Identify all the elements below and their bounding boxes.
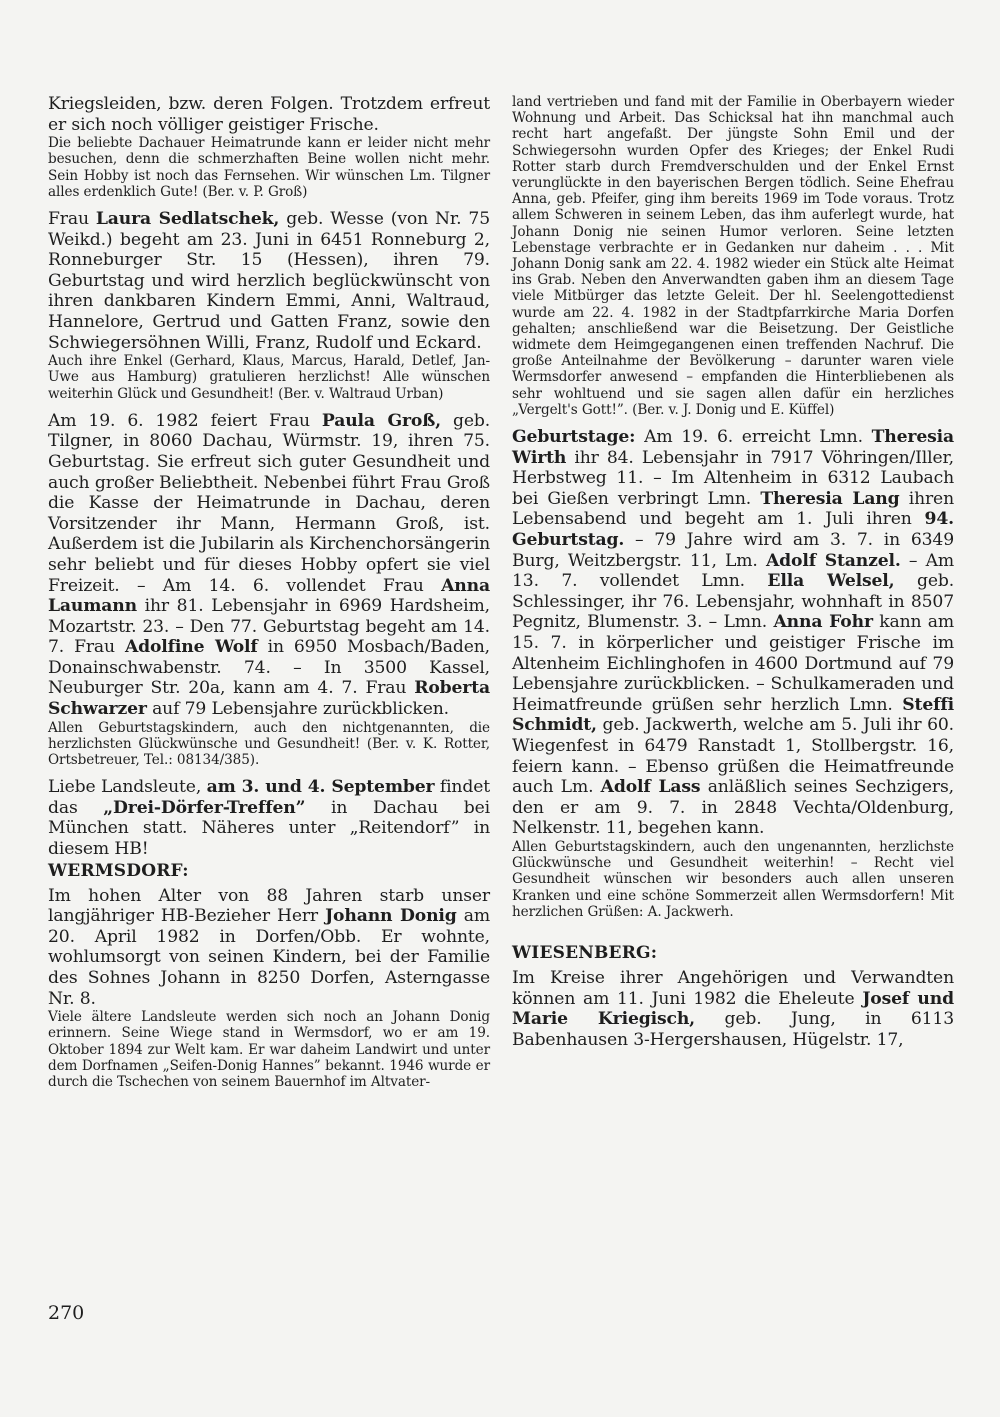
paragraph-birthdays-dachau: Am 19. 6. 1982 feiert Frau Paula Groß, g…	[48, 411, 490, 720]
person-name: Adolf Stanzel.	[766, 551, 901, 571]
text: geb. Tilgner, in 8060 Dachau, Würmstr. 1…	[48, 411, 490, 596]
person-name: Adolfine Wolf	[125, 637, 258, 657]
text: auf 79 Lebensjahre zurückblicken.	[147, 699, 449, 719]
text: Am 19. 6. erreicht Lmn.	[635, 427, 871, 447]
person-name: Adolf Lass	[601, 777, 701, 797]
page-number: 270	[48, 1302, 84, 1324]
person-name: Paula Groß,	[322, 411, 441, 431]
text: Frau	[48, 209, 96, 229]
section-label: Geburtstage:	[512, 427, 635, 447]
person-name: Laura Sedlatschek,	[96, 209, 279, 229]
person-name: Johann Donig	[325, 906, 457, 926]
paragraph-birthdays-note: Allen Geburtstagskindern, auch den nicht…	[48, 720, 490, 769]
paragraph-donig-obituary: Im hohen Alter von 88 Jahren starb unser…	[48, 886, 490, 1010]
paragraph-kriegisch: Im Kreise ihrer Angehörigen und Verwandt…	[512, 968, 954, 1050]
person-name: Anna Fohr	[773, 612, 872, 632]
paragraph-drei-doerfer-treffen: Liebe Landsleute, am 3. und 4. September…	[48, 777, 490, 859]
section-heading-wiesenberg: WIESENBERG:	[512, 942, 954, 964]
paragraph-sedlatschek-note: Auch ihre Enkel (Gerhard, Klaus, Marcus,…	[48, 353, 490, 402]
paragraph-donig-continued: land vertrieben und fand mit der Familie…	[512, 94, 954, 418]
text: Liebe Landsleute,	[48, 777, 207, 797]
text: Am 19. 6. 1982 feiert Frau	[48, 411, 322, 431]
paragraph-birthdays-wermsdorf-note: Allen Geburtstagskindern, auch den ungen…	[512, 839, 954, 920]
left-column: Kriegsleiden, bzw. deren Folgen. Trotzde…	[48, 94, 490, 1094]
text: geb. Wesse (von Nr. 75 Weikd.) begeht am…	[48, 209, 490, 353]
paragraph-tilgner-end: Kriegsleiden, bzw. deren Folgen. Trotzde…	[48, 94, 490, 135]
paragraph-tilgner-note: Die beliebte Dachauer Heimatrunde kann e…	[48, 135, 490, 200]
paragraph-sedlatschek: Frau Laura Sedlatschek, geb. Wesse (von …	[48, 209, 490, 353]
right-column: land vertrieben und fand mit der Familie…	[512, 94, 954, 1050]
paragraph-birthdays-wermsdorf: Geburtstage: Am 19. 6. erreicht Lmn. The…	[512, 427, 954, 839]
person-name: Theresia Lang	[760, 489, 899, 509]
section-heading-wermsdorf: WERMSDORF:	[48, 860, 490, 882]
event-date: am 3. und 4. September	[207, 777, 435, 797]
paragraph-donig-note: Viele ältere Landsleute werden sich noch…	[48, 1009, 490, 1090]
person-name: Ella Welsel,	[767, 571, 894, 591]
event-name: „Drei-Dörfer-Treffen”	[103, 798, 305, 818]
